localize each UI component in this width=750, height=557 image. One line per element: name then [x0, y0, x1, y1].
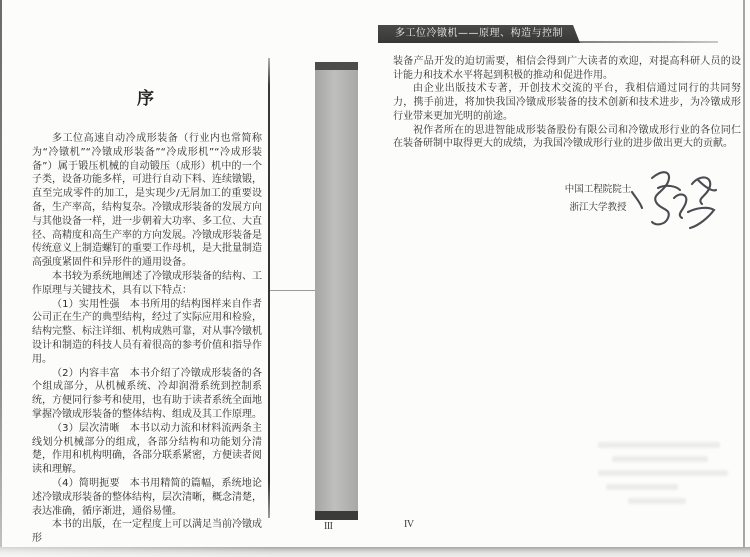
ghost-text-row — [612, 456, 708, 462]
gutter-shadow-top-cap — [315, 62, 358, 70]
signoff-title-professor: 浙江大学教授 — [562, 199, 634, 217]
signoff-title-academician: 中国工程院院士 — [562, 181, 634, 199]
paragraph: 本书较为系统地阐述了冷镦成形装备的结构、工作原理与关键技术，具有以下特点： — [32, 270, 262, 298]
ghost-text-row — [606, 484, 678, 490]
paragraph: 由企业出版技术专著，开创技术交流的平台，我相信通过同行的共同努力，携手前进，将加… — [393, 82, 741, 123]
ghost-text-row — [628, 498, 686, 504]
book-scan-spread: 序 多工位高速自动冷成形装备（行业内也常简称为“冷镦机”“冷镦成形装备”“冷成形… — [0, 0, 750, 557]
signature-block: 中国工程院院士 浙江大学教授 — [562, 168, 712, 230]
paragraph: （1）实用性强 本书所用的结构图样来自作者公司正在生产的典型结构，经过了实际应用… — [32, 298, 262, 367]
page-number-left: III — [324, 521, 333, 532]
preface-title: 序 — [32, 84, 262, 109]
paragraph: （2）内容丰富 本书介绍了冷镦成形装备的各个组成部分，从机械系统、冷却润滑系统到… — [32, 367, 262, 422]
ghost-text-row — [598, 442, 720, 448]
paragraph: 本书的出版，在一定程度上可以满足当前冷镦成形 — [32, 518, 262, 546]
scan-left-edge — [0, 0, 2, 550]
bleed-through-ghosting — [598, 442, 740, 512]
left-page: 序 多工位高速自动冷成形装备（行业内也常简称为“冷镦机”“冷镦成形装备”“冷成形… — [32, 84, 262, 546]
signoff-titles: 中国工程院院士 浙江大学教授 — [562, 181, 634, 216]
paragraph: （4）简明扼要 本书用精简的篇幅，系统地论述冷镦成形装备的整体结构，层次清晰，概… — [32, 477, 262, 518]
binding-gutter-shadow — [315, 62, 358, 520]
scan-bottom-edge-fade — [0, 547, 280, 557]
paragraph: （3）层次清晰 本书以动力流和材料流两条主线划分机械部分的组成，各部分结构和功能… — [32, 422, 262, 477]
crease-line — [270, 290, 315, 291]
page-number-right: IV — [404, 519, 414, 530]
running-header-title: 多工位冷镦机——原理、构造与控制 — [395, 28, 563, 39]
scan-right-edge — [743, 0, 745, 557]
paragraph: 装备产品开发的迫切需要，相信会得到广大读者的欢迎，对提高科研人员的设计能力和技术… — [393, 55, 741, 82]
right-page: 装备产品开发的迫切需要，相信会得到广大读者的欢迎，对提高科研人员的设计能力和技术… — [393, 55, 741, 151]
ghost-text-row — [598, 470, 728, 476]
paragraph: 多工位高速自动冷成形装备（行业内也常简称为“冷镦机”“冷镦成形装备”“冷成形机”… — [32, 132, 262, 270]
handwritten-signature-icon — [628, 164, 720, 234]
paragraph: 祝作者所在的思进智能成形装备股份有限公司和冷镦成形行业的各位同仁在装备研制中取得… — [393, 124, 741, 151]
running-header-bar: 多工位冷镦机——原理、构造与控制 — [378, 25, 580, 43]
page-fold-line — [268, 58, 270, 518]
gutter-shadow-bottom-cap — [315, 511, 358, 520]
